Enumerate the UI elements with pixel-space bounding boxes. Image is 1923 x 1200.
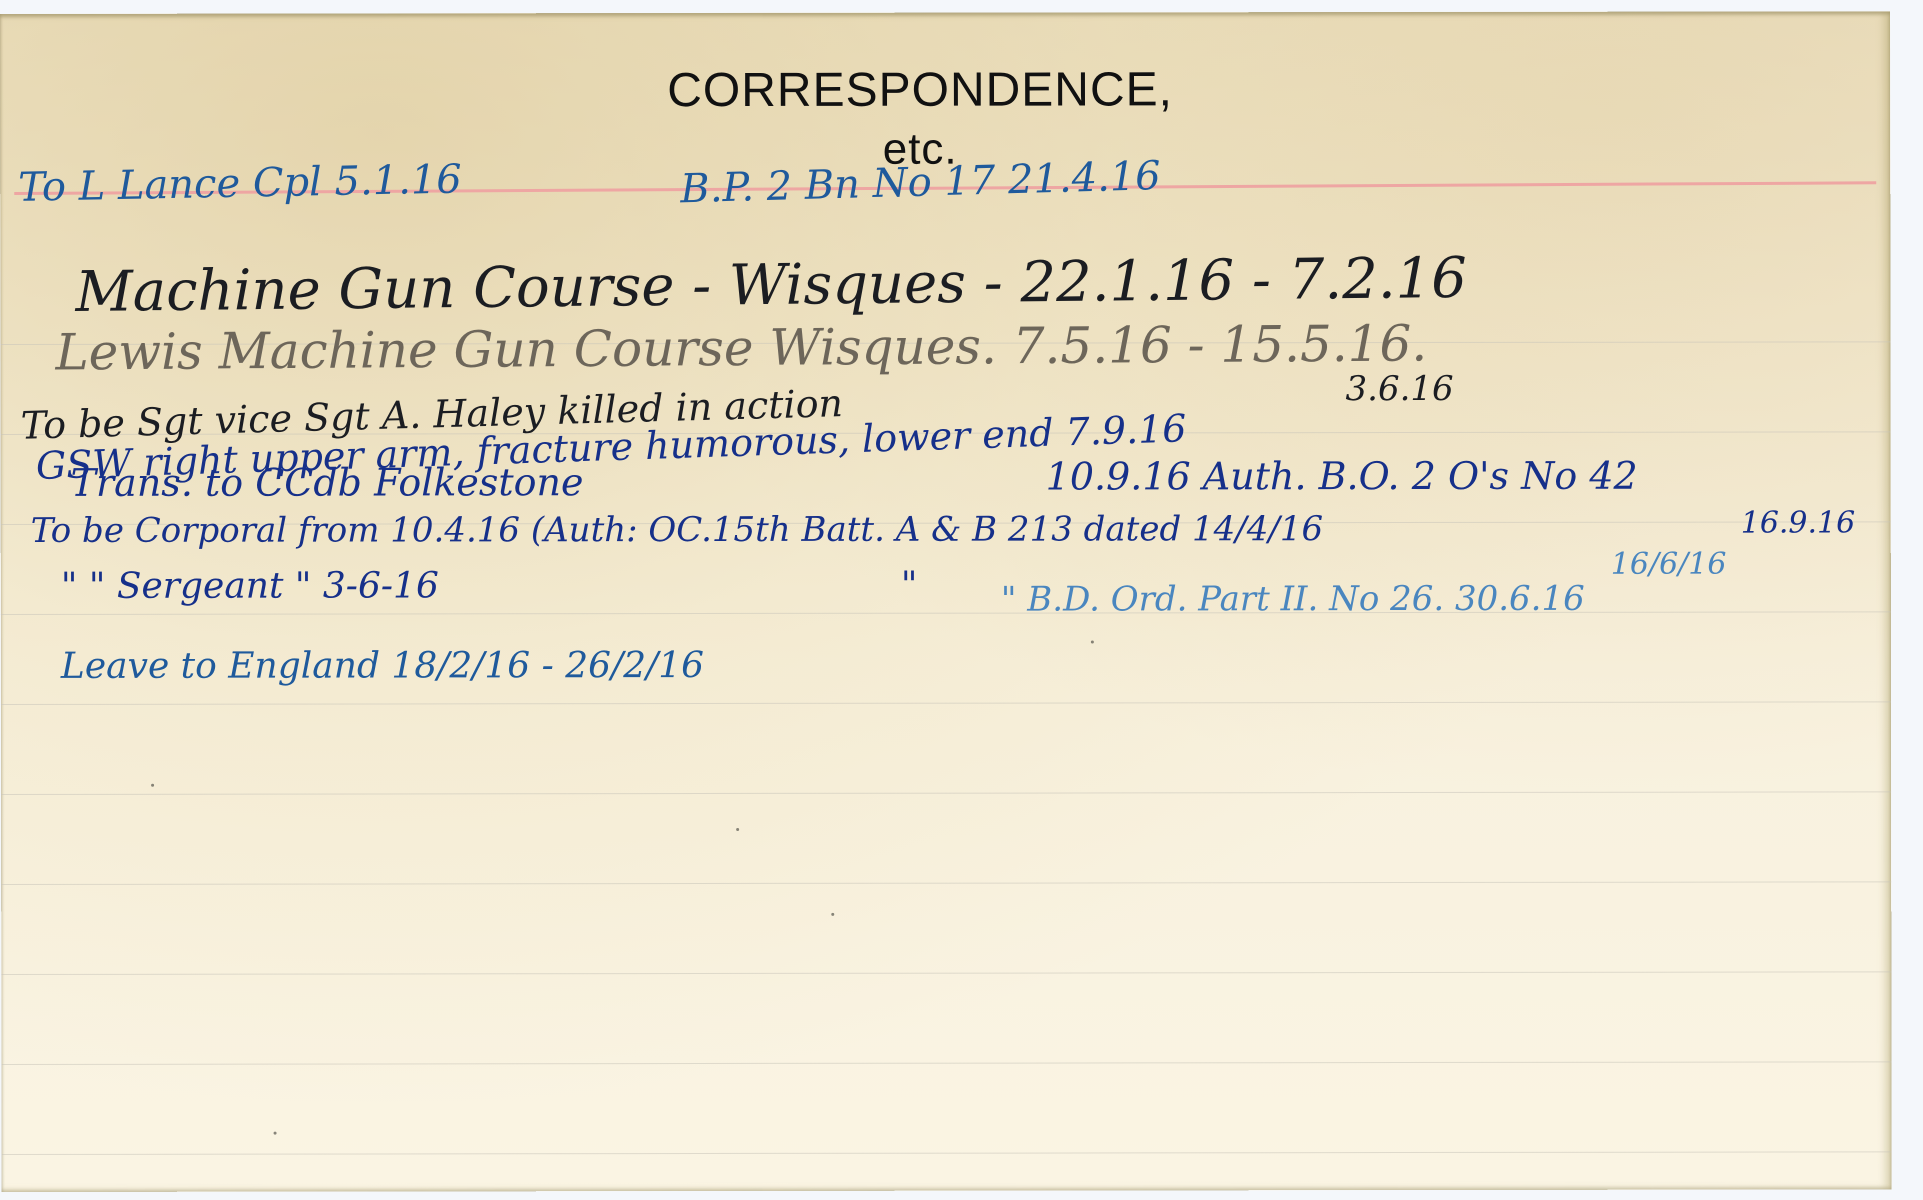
entry-leave-england: Leave to England 18/2/16 - 26/2/16 [61,648,704,685]
entry-bd-ord: " B.D. Ord. Part II. No 26. 30.6.16 [1001,582,1585,617]
entry-lance-cpl: To L Lance Cpl 5.1.16 [18,159,462,207]
entry-ditto-mark: " [901,568,918,604]
entry-corporal-date: 16.9.16 [1741,508,1856,538]
entry-machine-gun-course: Machine Gun Course - Wisques - 22.1.16 -… [75,251,1467,321]
paper-speck [831,913,834,916]
ruled-line [1,791,1891,795]
paper-speck [274,1132,277,1135]
entry-lewis-gun-course: Lewis Machine Gun Course Wisques. 7.5.16… [55,318,1427,377]
record-card: CORRESPONDENCE, etc. To L Lance Cpl 5.1.… [0,11,1892,1192]
ruled-line [1,971,1891,975]
ruled-line [1,611,1891,615]
paper-speck [151,784,154,787]
paper-speck [1091,640,1094,643]
entry-killed-date: 3.6.16 [1346,372,1454,406]
paper-speck [736,828,739,831]
ruled-line [1,1061,1891,1065]
entry-to-be-corporal: To be Corporal from 10.4.16 (Auth: OC.15… [31,512,1323,548]
entry-trans-folkestone: Trans. to CCdb Folkestone [71,463,584,502]
entry-sergeant-note-date: 16/6/16 [1611,550,1727,580]
ruled-line [1,881,1891,885]
entry-bp-order: B.P. 2 Bn No 17 21.4.16 [680,156,1161,209]
entry-sergeant: " " Sergeant " 3-6-16 [61,568,439,605]
card-heading: CORRESPONDENCE, [0,61,1840,119]
ruled-line [1,701,1891,705]
entry-auth-bo: 10.9.16 Auth. B.O. 2 O's No 42 [1046,457,1638,496]
ruled-line [2,1151,1892,1155]
